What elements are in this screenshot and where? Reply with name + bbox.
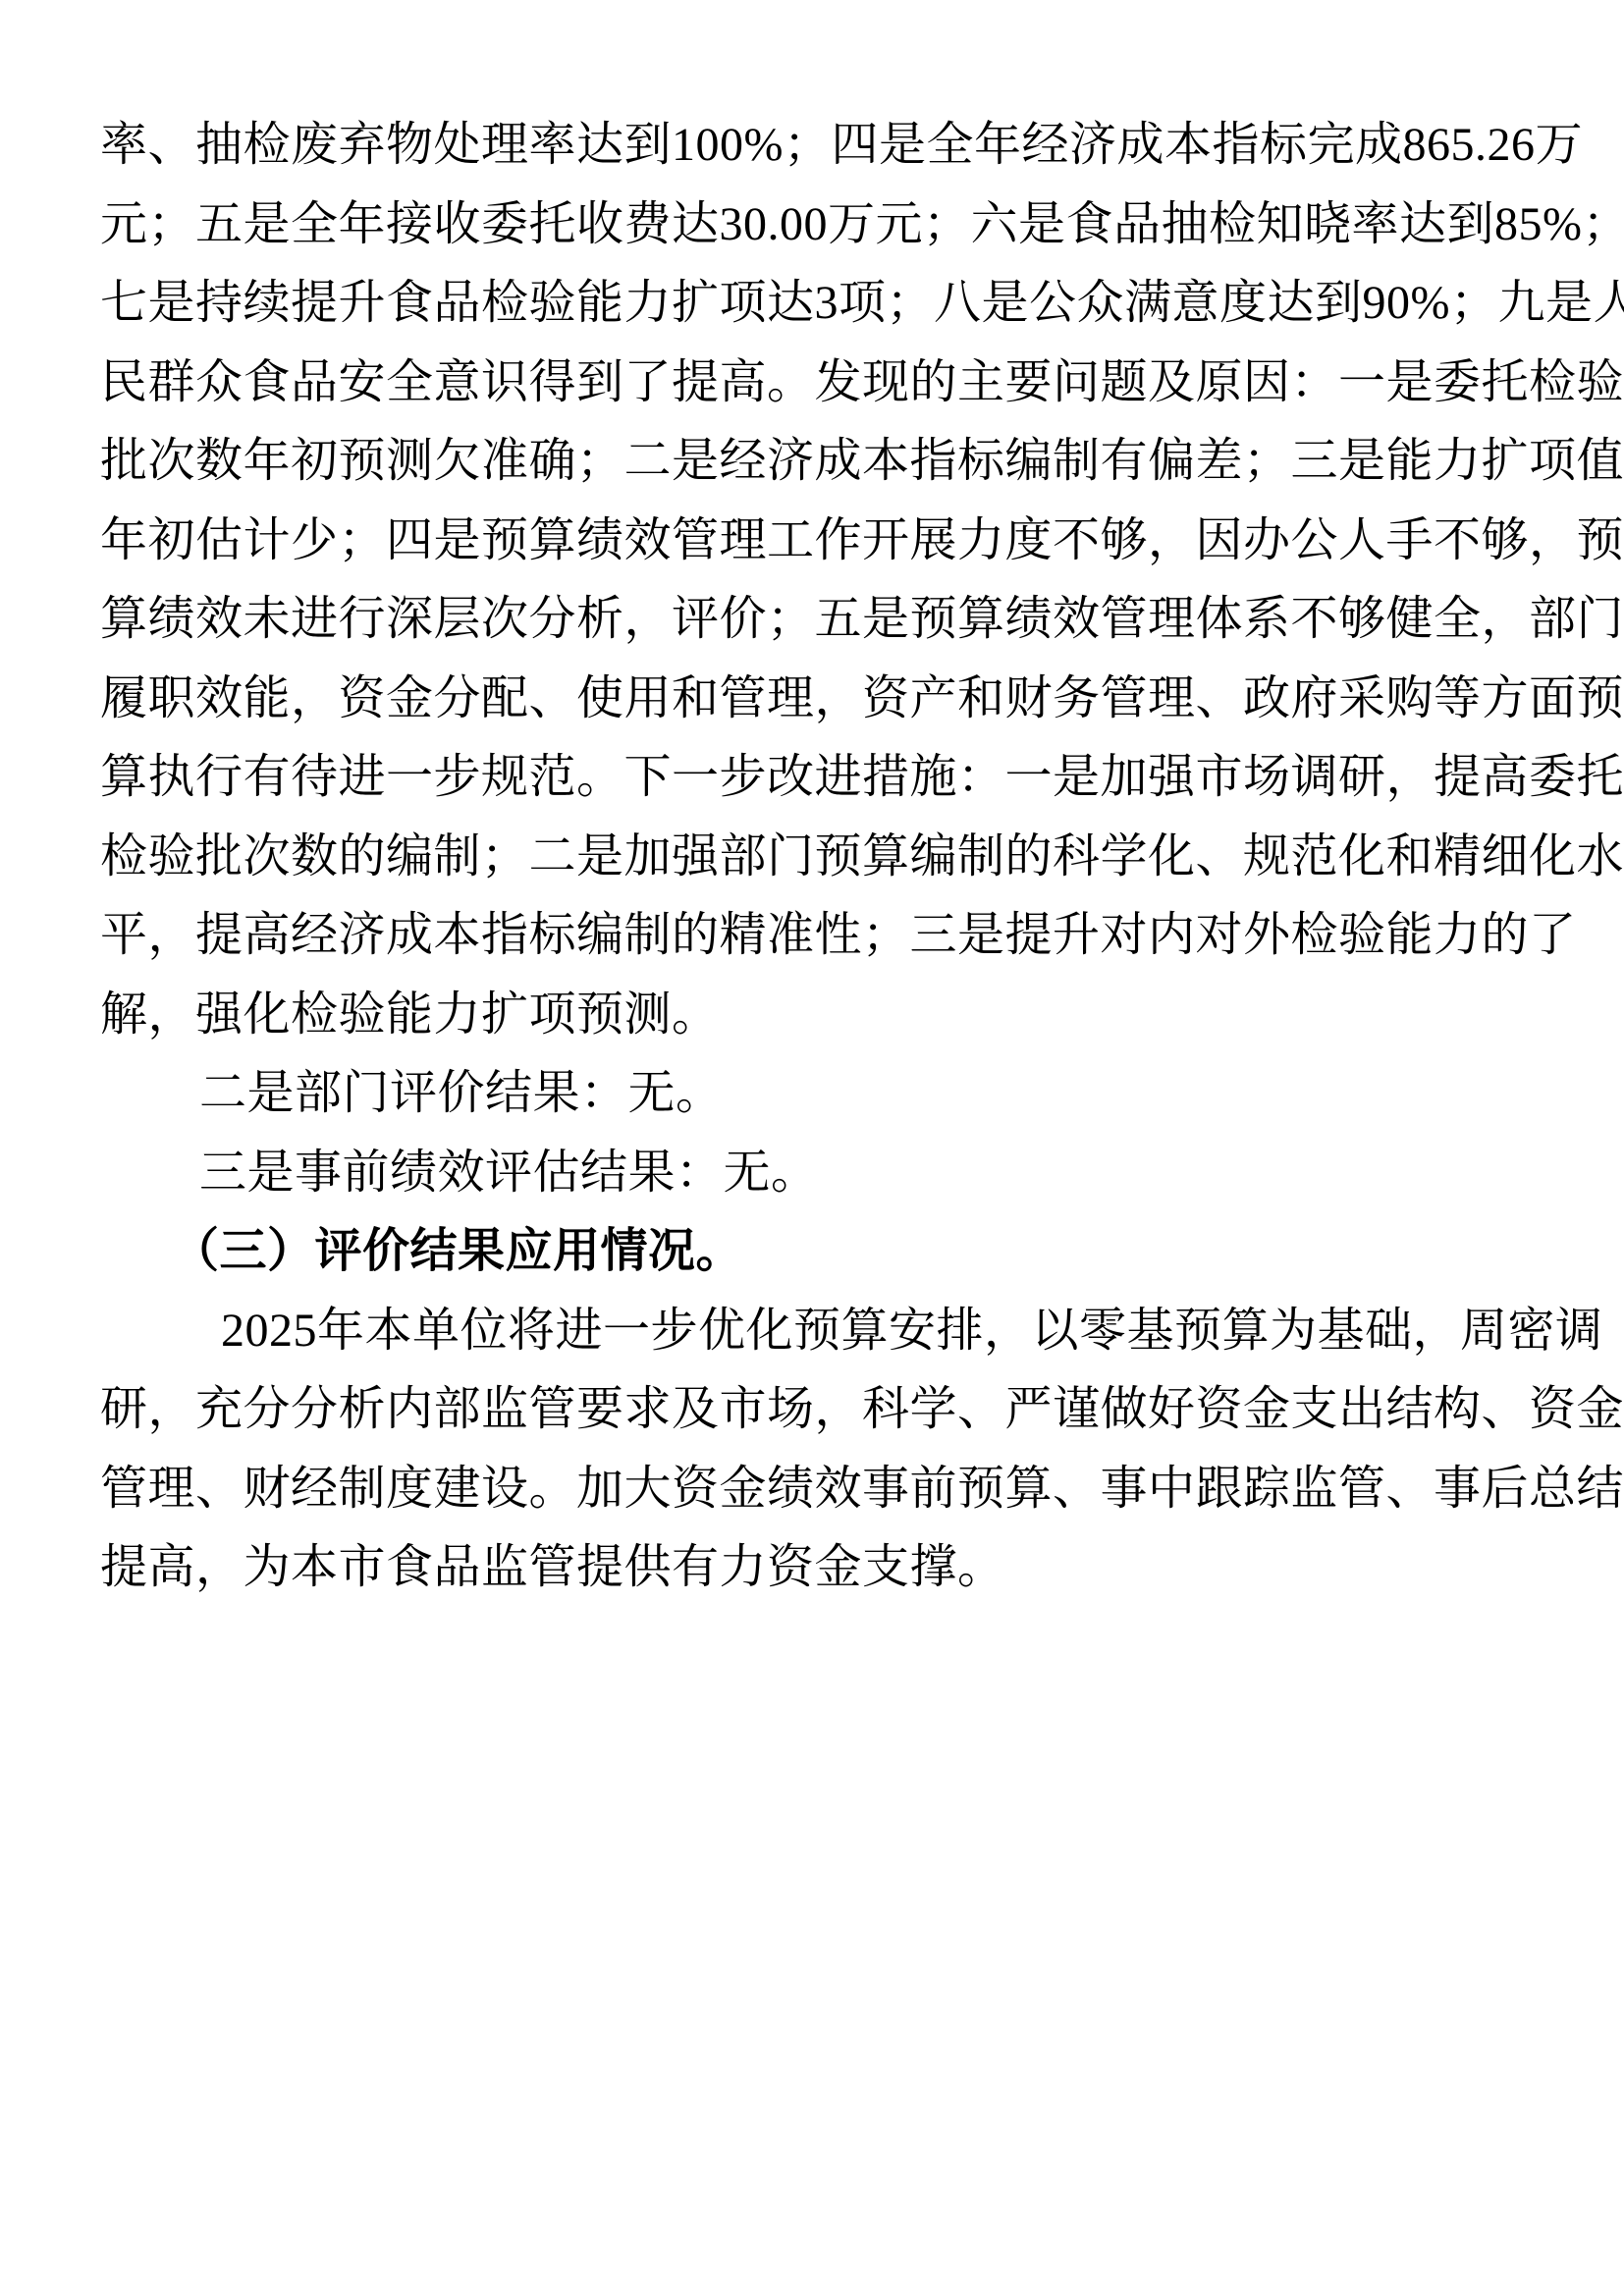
text-line: 2025年本单位将进一步优化预算安排，以零基预算为基础，周密调 <box>221 1292 1519 1371</box>
text-line: 年初估计少；四是预算绩效管理工作开展力度不够，因办公人手不够，预 <box>100 502 1519 581</box>
text-line: 元；五是全年接收委托收费达30.00万元；六是食品抽检知晓率达到85%； <box>100 186 1519 265</box>
text-line: 批次数年初预测欠准确；二是经济成本指标编制有偏差；三是能力扩项值 <box>100 422 1519 502</box>
text-line: 民群众食品安全意识得到了提高。发现的主要问题及原因：一是委托检验 <box>100 344 1519 423</box>
section-heading-line: （三）评价结果应用情况。 <box>172 1212 1519 1292</box>
text-line: 履职效能，资金分配、使用和管理，资产和财务管理、政府采购等方面预 <box>100 660 1519 739</box>
text-line: 算绩效未进行深层次分析，评价；五是预算绩效管理体系不够健全，部门 <box>100 580 1519 660</box>
text-line: 七是持续提升食品检验能力扩项达3项；八是公众满意度达到90%；九是人 <box>100 264 1519 344</box>
paragraph-pre-performance-evaluation-result: 三是事前绩效评估结果：无。 <box>100 1134 1519 1213</box>
paragraph-2025-budget-plan: 2025年本单位将进一步优化预算安排，以零基预算为基础，周密调 研，充分分析内部… <box>100 1292 1519 1608</box>
text-line: 研，充分分析内部监管要求及市场，科学、严谨做好资金支出结构、资金 <box>100 1370 1519 1450</box>
text-line: 平，提高经济成本指标编制的精准性；三是提升对内对外检验能力的了 <box>100 896 1519 976</box>
text-block: 率、抽检废弃物处理率达到100%；四是全年经济成本指标完成865.26万 元；五… <box>100 106 1519 1608</box>
paragraph-performance-results-continued: 率、抽检废弃物处理率达到100%；四是全年经济成本指标完成865.26万 元；五… <box>100 106 1519 1054</box>
text-line: 管理、财经制度建设。加大资金绩效事前预算、事中跟踪监管、事后总结 <box>100 1450 1519 1529</box>
text-line: 三是事前绩效评估结果：无。 <box>199 1134 1519 1213</box>
document-page: 率、抽检废弃物处理率达到100%；四是全年经济成本指标完成865.26万 元；五… <box>0 0 1624 2296</box>
text-line: 率、抽检废弃物处理率达到100%；四是全年经济成本指标完成865.26万 <box>100 106 1519 186</box>
text-line: 算执行有待进一步规范。下一步改进措施：一是加强市场调研，提高委托 <box>100 738 1519 818</box>
paragraph-department-evaluation-result: 二是部门评价结果：无。 <box>100 1054 1519 1134</box>
text-line: 提高，为本市食品监管提供有力资金支撑。 <box>100 1528 1519 1608</box>
text-line: 二是部门评价结果：无。 <box>199 1054 1519 1134</box>
heading-evaluation-result-application: （三）评价结果应用情况。 <box>100 1212 1519 1292</box>
text-line: 检验批次数的编制；二是加强部门预算编制的科学化、规范化和精细化水 <box>100 818 1519 897</box>
text-line: 解，强化检验能力扩项预测。 <box>100 976 1519 1055</box>
